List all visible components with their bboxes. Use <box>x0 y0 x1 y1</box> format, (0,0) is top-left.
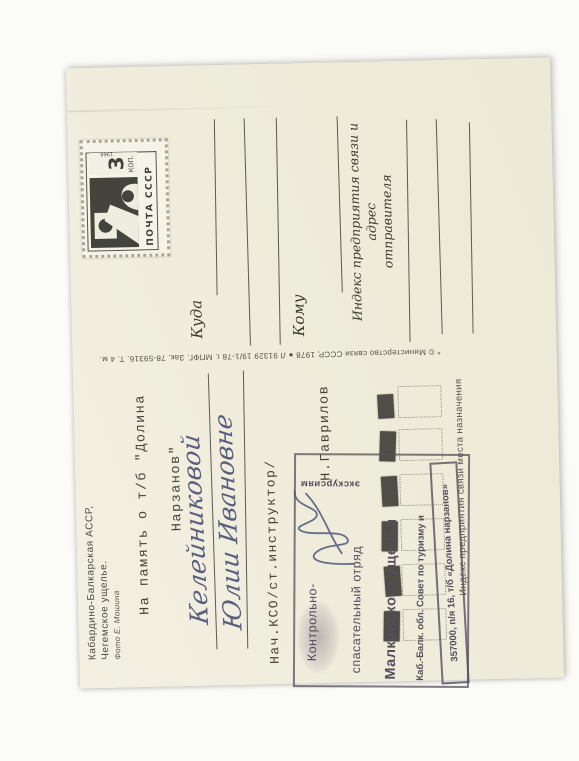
rubber-stamp-line1: Контрольно- <box>305 583 319 661</box>
postcard-back: Кабардино-Балкарская АССР, Чегемское уще… <box>66 58 564 689</box>
handwritten-name-line1: Келейниковой <box>176 432 214 626</box>
publisher-imprint: * © Министерство связи СССР, 1978 ● Л 91… <box>111 347 441 363</box>
rubber-stamp-line3: Малкинского ущелья <box>383 518 400 679</box>
stamp-value-glyph: 3 <box>104 156 128 170</box>
rubber-stamp-line2: спасательный отряд <box>349 546 364 674</box>
rubber-stamp-address-box: 357000, п/я 16, т/б «Долина нарзанов» <box>429 461 469 684</box>
sender-caption-line1: Индекс предприятия связи и адрес <box>345 106 382 339</box>
sender-line-2 <box>436 119 443 334</box>
address-line-kuda <box>214 119 218 295</box>
rubber-stamp: Контрольно- спасательный отряд Малкинско… <box>293 453 470 688</box>
index-censor-mark <box>377 394 394 419</box>
photo-credit-author: Фото Е. Мошина <box>109 505 125 660</box>
sender-line-3 <box>469 122 474 333</box>
address-line-komu <box>337 116 343 292</box>
typed-dedication-line1: На память о т/б "Долина <box>133 394 153 615</box>
stamp-artwork: 3 КОП. 1966 ПОЧТА СССР <box>83 147 161 255</box>
rubber-stamp-line4: Каб.-Балк. обл. Совет по туризму и <box>415 515 427 681</box>
index-digit-cell <box>397 385 442 418</box>
komu-label: Кому <box>289 294 308 336</box>
stamp-country-glyph: ПОЧТА СССР <box>144 165 156 245</box>
sender-caption: Индекс предприятия связи и адрес отправи… <box>345 105 398 338</box>
address-line-3 <box>276 118 281 345</box>
sender-line-1 <box>406 120 410 342</box>
stamp-year-glyph: 1966 <box>100 151 113 157</box>
postage-stamp: 3 КОП. 1966 ПОЧТА СССР <box>80 138 171 258</box>
stamp-currency-glyph: КОП. <box>127 155 135 172</box>
photo-credit: Кабардино-Балкарская АССР, Чегемское уще… <box>84 505 125 661</box>
postcard-scan: Кабардино-Балкарская АССР, Чегемское уще… <box>0 0 579 761</box>
fold-crease <box>67 105 302 112</box>
address-line-2 <box>244 119 251 346</box>
rubber-stamp-line5: 357000, п/я 16, т/б «Долина нарзанов» <box>439 484 460 662</box>
rubber-stamp-vertical-word: экскурсиям <box>300 478 360 489</box>
kuda-label: Куда <box>187 300 206 339</box>
